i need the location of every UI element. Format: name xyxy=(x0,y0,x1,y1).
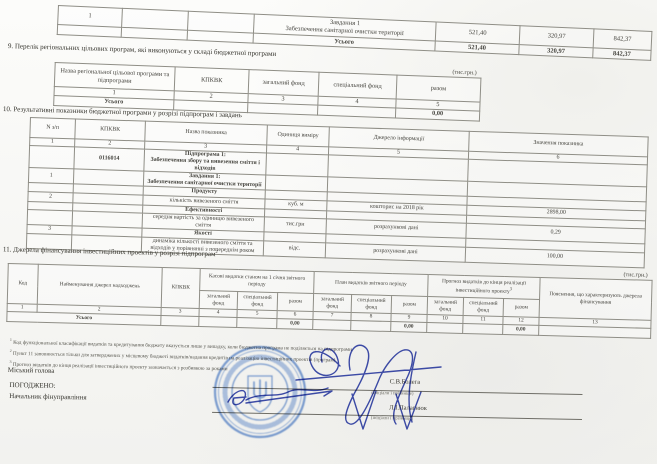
indicators-table: N з/п КПКВК Назва показника Одиниця вимі… xyxy=(26,117,648,268)
approved-label: ПОГОДЖЕНО: xyxy=(9,381,55,390)
mayor-name: С.В.Болега xyxy=(390,378,421,386)
trident-icon xyxy=(254,380,266,403)
total-value: 842,37 xyxy=(593,29,652,51)
section-9-heading: 9. Перелік регіональних цільових програм… xyxy=(8,42,277,58)
funding-sources-table: (тис.грн.) Код Найменування джерел надхо… xyxy=(6,256,652,339)
scanned-budget-passport-page: 1 Завдання 1 Забезпечення санітарної очи… xyxy=(0,0,657,464)
fin-head-name: Л.І.Палагнюк xyxy=(389,404,427,412)
official-round-stamp-icon xyxy=(212,344,308,440)
mayor-label: Міський голова xyxy=(8,366,55,375)
fin-head-label: Начальник фінуправління xyxy=(9,392,86,401)
